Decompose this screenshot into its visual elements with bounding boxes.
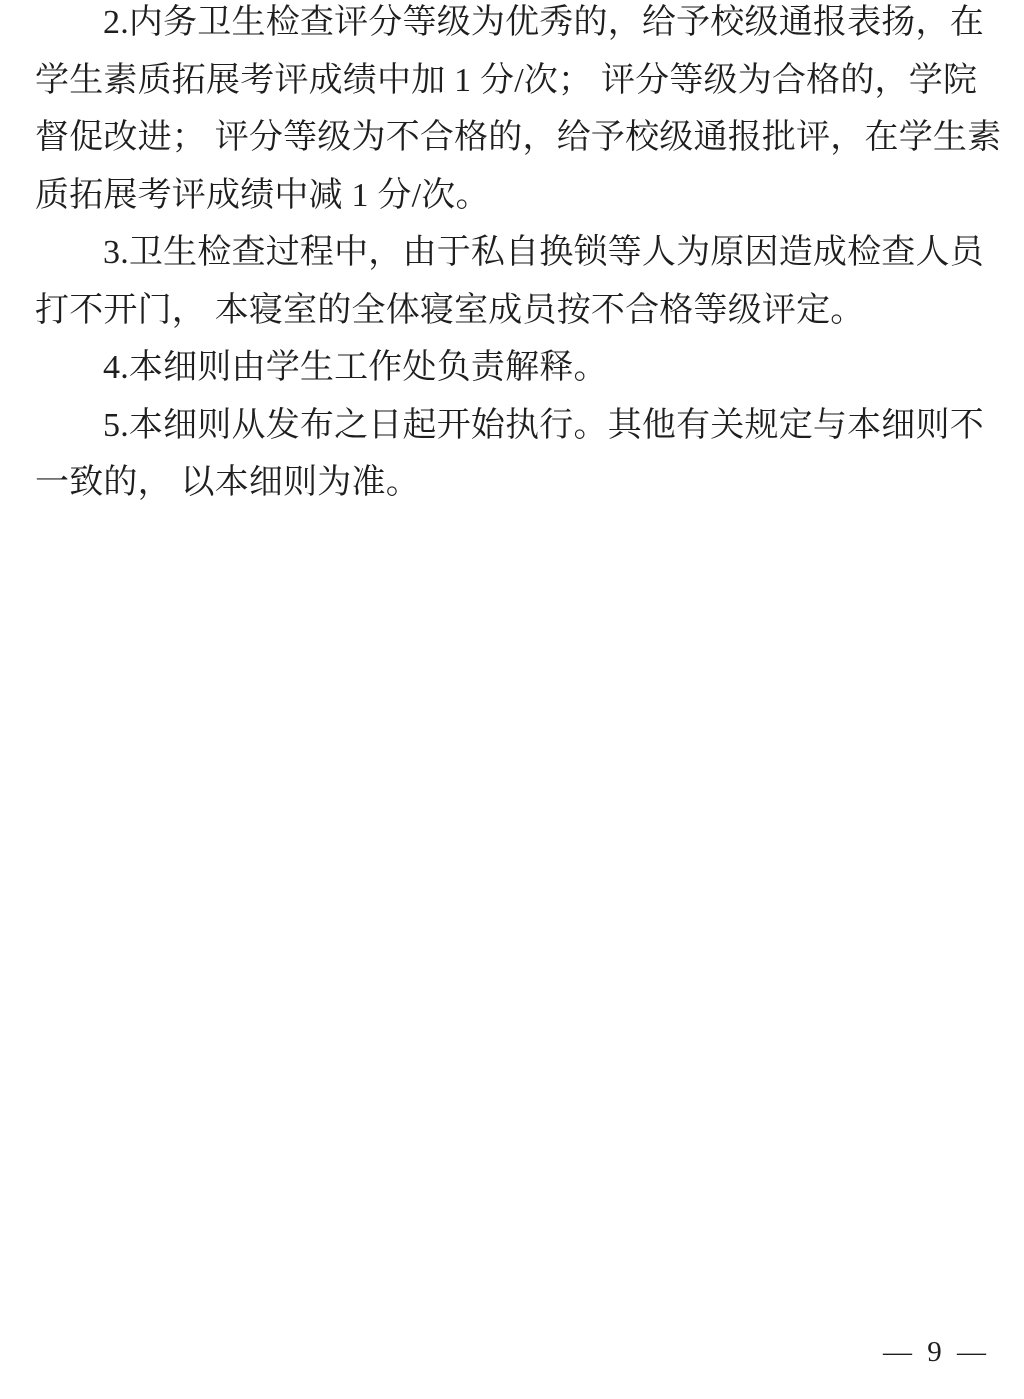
document-page: 2.内务卫生检查评分等级为优秀的，给予校级通报表扬，在 学生素质拓展考评成绩中加… [0,0,1024,1399]
text-line: 5.本细则从发布之日起开始执行。其他有关规定与本细则不 [35,397,991,455]
document-body: 2.内务卫生检查评分等级为优秀的，给予校级通报表扬，在 学生素质拓展考评成绩中加… [35,0,991,512]
paragraph-clause-2: 2.内务卫生检查评分等级为优秀的，给予校级通报表扬，在 学生素质拓展考评成绩中加… [35,0,991,224]
paragraph-clause-5: 5.本细则从发布之日起开始执行。其他有关规定与本细则不 一致的， 以本细则为准。 [35,397,991,512]
text-line: 2.内务卫生检查评分等级为优秀的，给予校级通报表扬，在 [35,0,991,52]
text-line: 打不开门， 本寝室的全体寝室成员按不合格等级评定。 [35,282,991,340]
page-number: — 9 — [883,1336,990,1368]
text-line: 质拓展考评成绩中减 1 分/次。 [35,167,991,225]
paragraph-clause-4: 4.本细则由学生工作处负责解释。 [35,339,991,397]
text-line: 一致的， 以本细则为准。 [35,454,991,512]
paragraph-clause-3: 3.卫生检查过程中，由于私自换锁等人为原因造成检查人员 打不开门， 本寝室的全体… [35,224,991,339]
text-line: 3.卫生检查过程中，由于私自换锁等人为原因造成检查人员 [35,224,991,282]
text-line: 督促改进； 评分等级为不合格的，给予校级通报批评，在学生素 [35,109,991,167]
page-footer: — 9 — [883,1334,990,1370]
text-line: 学生素质拓展考评成绩中加 1 分/次； 评分等级为合格的，学院 [35,52,991,110]
text-line: 4.本细则由学生工作处负责解释。 [35,339,991,397]
